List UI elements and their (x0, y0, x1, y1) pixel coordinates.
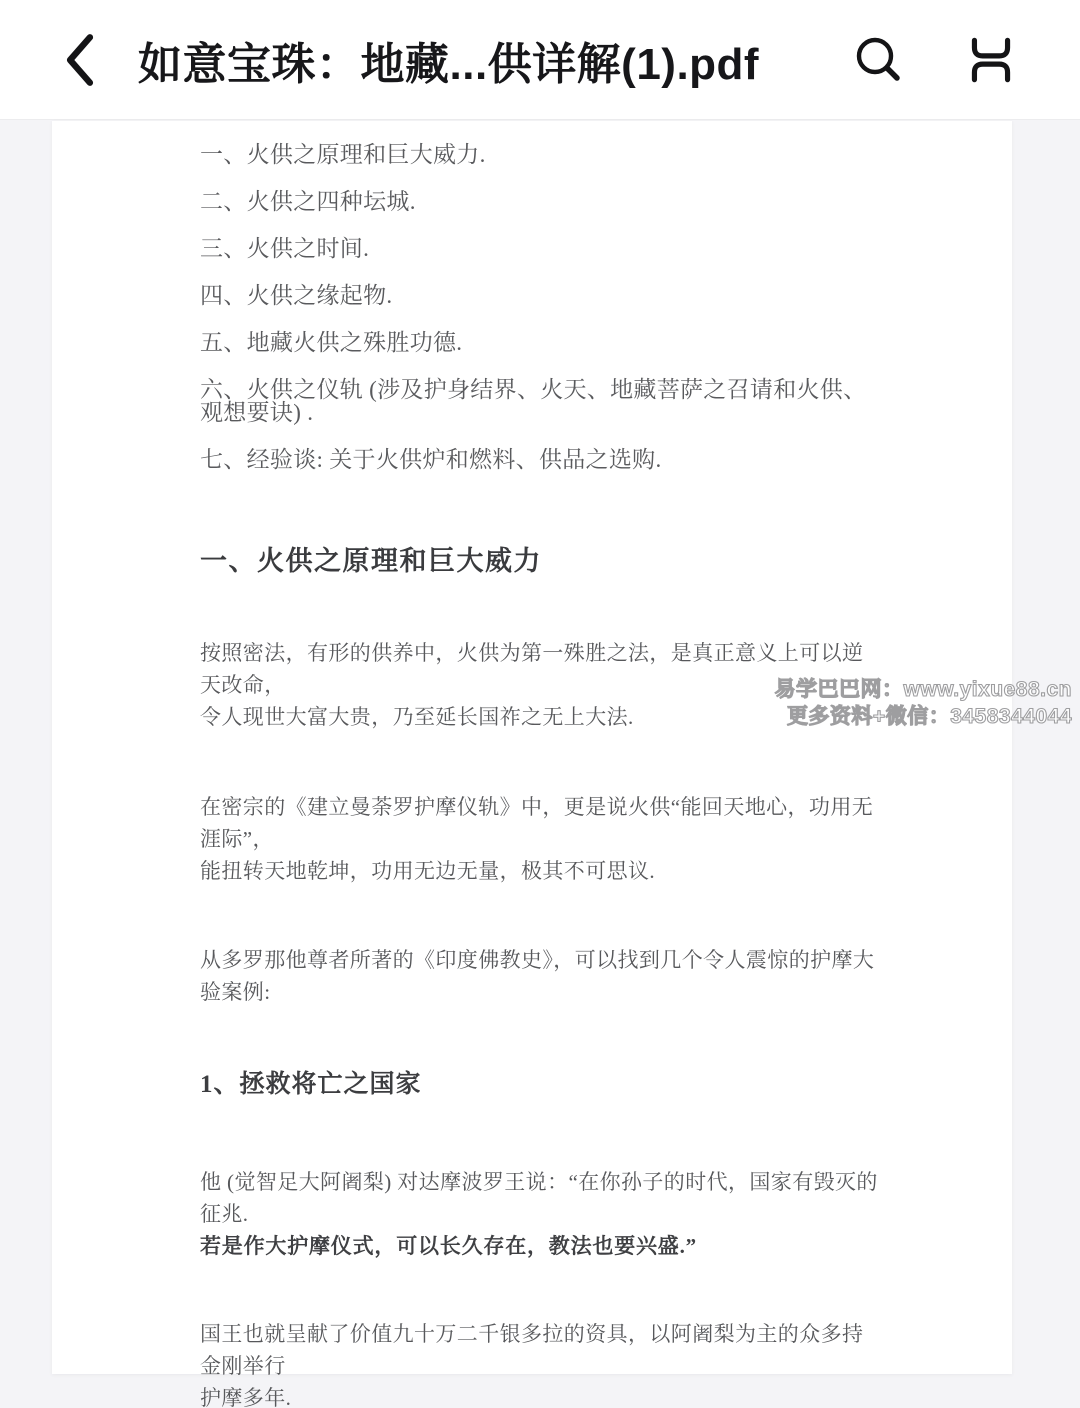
paragraph: 他 (觉智足大阿阇梨) 对达摩波罗王说：“在你孙子的时代，国家有毁灭的征兆. 若… (200, 1166, 884, 1262)
toc-item: 七、经验谈: 关于火供炉和燃料、供品之选购. (200, 448, 884, 471)
document-title: 如意宝珠：地藏...供详解(1).pdf (138, 28, 852, 92)
toc-item: 二、火供之四种坛城. (200, 190, 884, 213)
pdf-page: 一、火供之原理和巨大威力. 二、火供之四种坛城. 三、火供之时间. 四、火供之缘… (52, 121, 1012, 1374)
paragraph-line-bold: 若是作大护摩仪式，可以长久存在，教法也要兴盛.” (200, 1230, 884, 1262)
toc-item: 五、地藏火供之殊胜功德. (200, 331, 884, 354)
toc-item: 一、火供之原理和巨大威力. (200, 143, 884, 166)
subsection-heading: 1、拯救将亡之国家 (200, 1072, 884, 1098)
paragraph-line: 国王也就呈献了价值九十万二千银多拉的资具，以阿阇梨为主的众多持金刚举行 (200, 1318, 884, 1382)
paragraph-line: 从多罗那他尊者所著的《印度佛教史》，可以找到几个令人震惊的护摩大验案例: (200, 944, 884, 1008)
toc-item: 六、火供之仪轨 (涉及护身结界、火天、地藏菩萨之召请和火供、观想要诀) . (200, 378, 884, 424)
back-button[interactable] (58, 28, 102, 92)
toc-item: 四、火供之缘起物. (200, 284, 884, 307)
toc-list: 一、火供之原理和巨大威力. 二、火供之四种坛城. 三、火供之时间. 四、火供之缘… (200, 143, 884, 471)
chevron-left-icon (63, 31, 97, 89)
toolbar: 如意宝珠：地藏...供详解(1).pdf (0, 0, 1080, 120)
paragraph-line: 能扭转天地乾坤，功用无边无量，极其不可思议. (200, 855, 884, 887)
paragraph-line: 他 (觉智足大阿阇梨) 对达摩波罗王说：“在你孙子的时代，国家有毁灭的征兆. (200, 1166, 884, 1230)
toc-item: 三、火供之时间. (200, 237, 884, 260)
search-button[interactable] (852, 33, 906, 87)
paragraph: 国王也就呈献了价值九十万二千银多拉的资具，以阿阇梨为主的众多持金刚举行 护摩多年… (200, 1318, 884, 1408)
paragraph: 从多罗那他尊者所著的《印度佛教史》，可以找到几个令人震惊的护摩大验案例: (200, 944, 884, 1008)
paragraph-line: 令人现世大富大贵，乃至延长国祚之无上大法. (200, 701, 884, 733)
section-heading: 一、火供之原理和巨大威力 (200, 547, 884, 575)
paragraph-line: 护摩多年. (200, 1382, 884, 1408)
paragraph: 按照密法，有形的供养中，火供为第一殊胜之法，是真正意义上可以逆天改命， 令人现世… (200, 637, 884, 733)
pdf-viewport[interactable]: 一、火供之原理和巨大威力. 二、火供之四种坛城. 三、火供之时间. 四、火供之缘… (0, 121, 1080, 1408)
reflow-button[interactable] (960, 33, 1022, 87)
search-icon (853, 34, 905, 86)
pinch-brackets-icon (961, 33, 1021, 87)
paragraph: 在密宗的《建立曼荼罗护摩仪轨》中，更是说火供“能回天地心，功用无涯际”， 能扭转… (200, 791, 884, 887)
paragraph-line: 在密宗的《建立曼荼罗护摩仪轨》中，更是说火供“能回天地心，功用无涯际”， (200, 791, 884, 855)
paragraph-line: 按照密法，有形的供养中，火供为第一殊胜之法，是真正意义上可以逆天改命， (200, 637, 884, 701)
